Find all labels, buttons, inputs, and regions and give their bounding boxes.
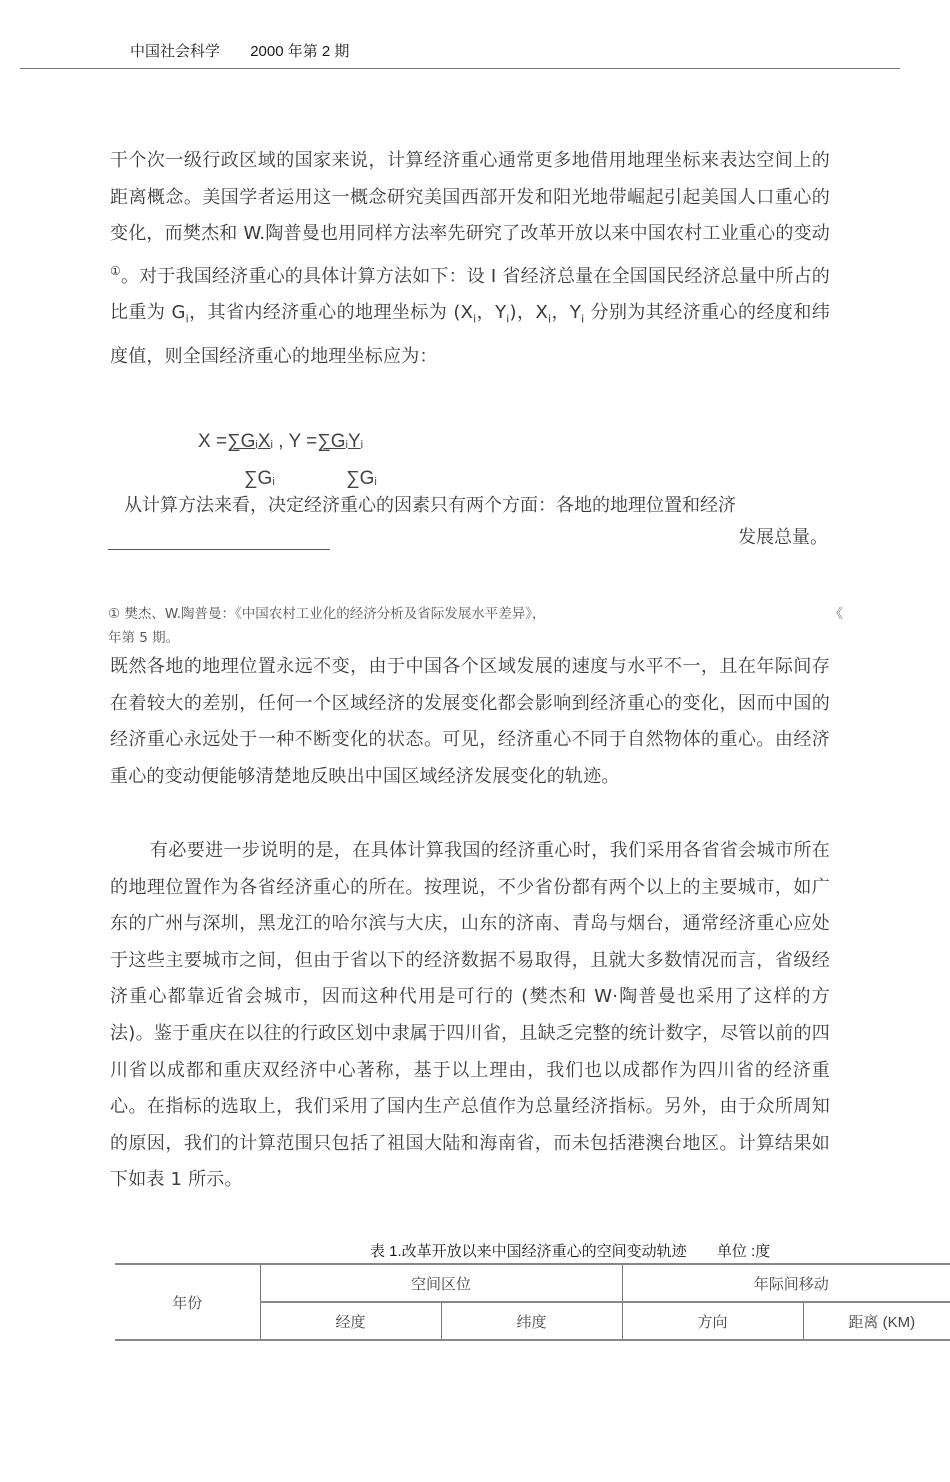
footnote: ① 樊杰、W.陶普曼：《中国农村工业化的经济分析及省际发展水平差异》， 《 年第…: [108, 602, 843, 650]
formula-sigma: ∑G: [227, 431, 255, 452]
centroid-formula: X =∑GiXi , Y =∑GiYi ∑Gi ∑Gi: [198, 425, 377, 499]
issue-label: 2000 年第 2 期: [250, 43, 349, 60]
formula-x-lhs: X =: [198, 431, 227, 452]
paragraph-text: ，其省内经济重心的地理坐标为 (X: [189, 302, 473, 323]
formula-numerators: X =∑GiXi , Y =∑GiYi: [198, 425, 377, 462]
formula-x: X: [258, 431, 271, 452]
header-divider: [20, 68, 900, 69]
col-latitude: 纬度: [441, 1302, 622, 1340]
centroid-table: 年份 空间区位 年际间移动 经度 纬度 方向 距离 (KM): [115, 1263, 950, 1341]
paragraph-text: ，Y: [551, 302, 581, 323]
formula-y-lhs: Y =: [288, 431, 317, 452]
running-header: 中国社会科学 2000 年第 2 期: [130, 40, 349, 61]
col-group-space: 空间区位: [260, 1264, 622, 1302]
paragraph-text: 有必要进一步说明的是，在具体计算我国的经济重心时，我们采用各省省会城市所在的地理…: [110, 833, 830, 1199]
footnote-text: ① 樊杰、W.陶普曼：《中国农村工业化的经济分析及省际发展水平差异》，: [108, 602, 843, 626]
formula-denominator: ∑G: [244, 468, 272, 489]
subscript: i: [272, 476, 274, 488]
paragraph-data-notes: 有必要进一步说明的是，在具体计算我国的经济重心时，我们采用各省省会城市所在的地理…: [110, 833, 830, 1199]
paragraph-method: 干个次一级行政区域的国家来说，计算经济重心通常更多地借用地理坐标来表达空间上的距…: [110, 143, 830, 375]
formula-denominator: ∑G: [346, 468, 374, 489]
col-longitude: 经度: [260, 1302, 441, 1340]
col-distance: 距离 (KM): [803, 1302, 950, 1340]
paragraph-text: ，Y: [476, 302, 506, 323]
paragraph-variation: 既然各地的地理位置永远不变，由于中国各个区域发展的速度与水平不一，且在年际间存在…: [110, 649, 830, 795]
subscript: i: [374, 476, 376, 488]
footnote-divider: [108, 549, 330, 550]
table-caption: 表 1.改革开放以来中国经济重心的空间变动轨迹 单位 :度: [370, 1240, 770, 1261]
formula-y: Y: [348, 431, 361, 452]
formula-sep: ,: [273, 431, 289, 452]
col-direction: 方向: [622, 1302, 803, 1340]
paragraph-text: 既然各地的地理位置永远不变，由于中国各个区域发展的速度与水平不一，且在年际间存在…: [110, 649, 830, 795]
footnote-quote-mark: 《: [830, 602, 844, 626]
table-title: 表 1.改革开放以来中国经济重心的空间变动轨迹: [370, 1243, 687, 1260]
table-unit: 单位 :度: [717, 1243, 770, 1260]
journal-name: 中国社会科学: [130, 43, 220, 60]
footnote-ref[interactable]: ①: [110, 264, 121, 278]
col-group-move: 年际间移动: [622, 1264, 950, 1302]
paragraph-text: 干个次一级行政区域的国家来说，计算经济重心通常更多地借用地理坐标来表达空间上的距…: [110, 150, 830, 244]
subscript: i: [361, 439, 363, 451]
footnote-text: 年第 5 期。: [108, 626, 843, 650]
col-year: 年份: [115, 1264, 260, 1340]
table-header-row: 年份 空间区位 年际间移动: [115, 1264, 950, 1302]
paragraph-text: )，X: [510, 302, 548, 323]
formula-sigma: ∑G: [317, 431, 345, 452]
paragraph-text: 从计算方法来看，决定经济重心的因素只有两个方面：各地的地理位置和经济: [124, 495, 736, 516]
paragraph-conclusion: 从计算方法来看，决定经济重心的因素只有两个方面：各地的地理位置和经济 发展总量。: [124, 490, 836, 554]
